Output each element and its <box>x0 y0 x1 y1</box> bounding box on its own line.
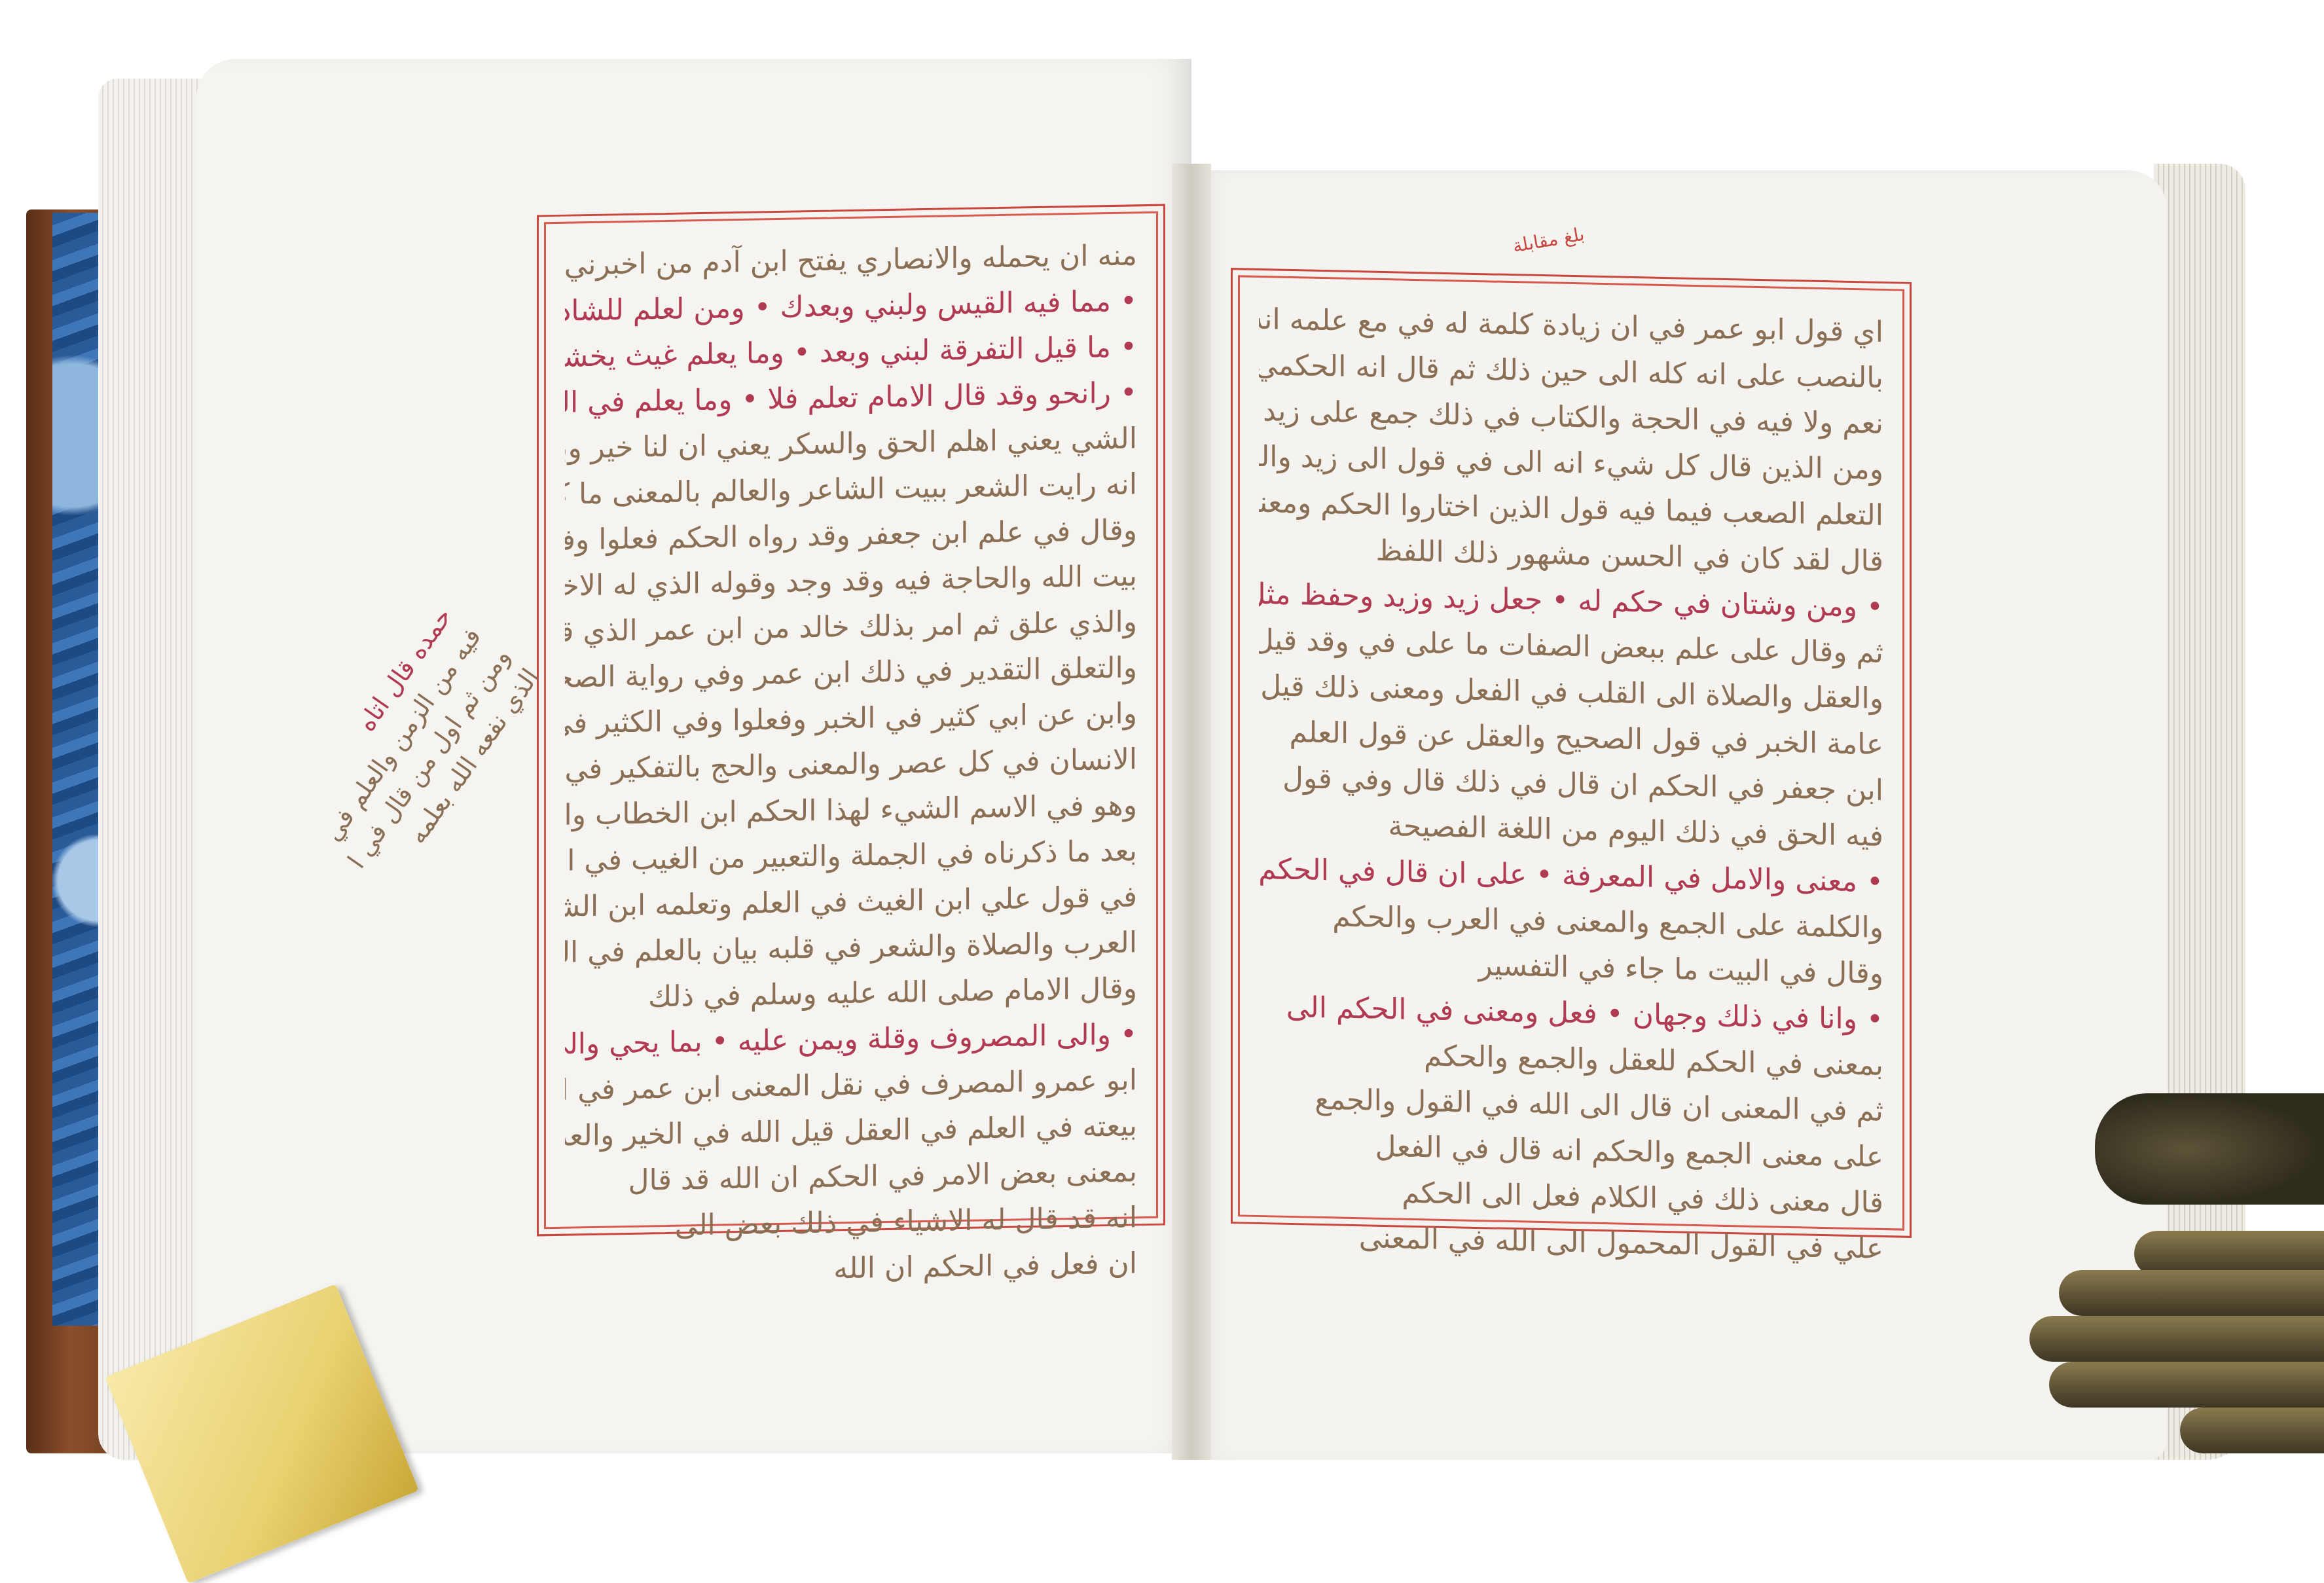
bronze-finger <box>2049 1362 2324 1408</box>
bronze-hand-wrist <box>2095 1093 2324 1205</box>
right-text-frame: اي قول ابو عمر في ان زيادة كلمة له في مع… <box>1231 268 1912 1238</box>
bronze-finger <box>2180 1408 2324 1453</box>
left-text-block: منه ان يحمله والانصاري يفتح ابن آدم من ا… <box>565 232 1137 1207</box>
book-gutter <box>1172 164 1211 1460</box>
right-text-block: اي قول ابو عمر في ان زيادة كلمة له في مع… <box>1259 297 1883 1209</box>
left-text-frame: منه ان يحمله والانصاري يفتح ابن آدم من ا… <box>537 204 1165 1237</box>
bronze-finger <box>2029 1316 2324 1362</box>
bronze-finger <box>2059 1270 2324 1316</box>
